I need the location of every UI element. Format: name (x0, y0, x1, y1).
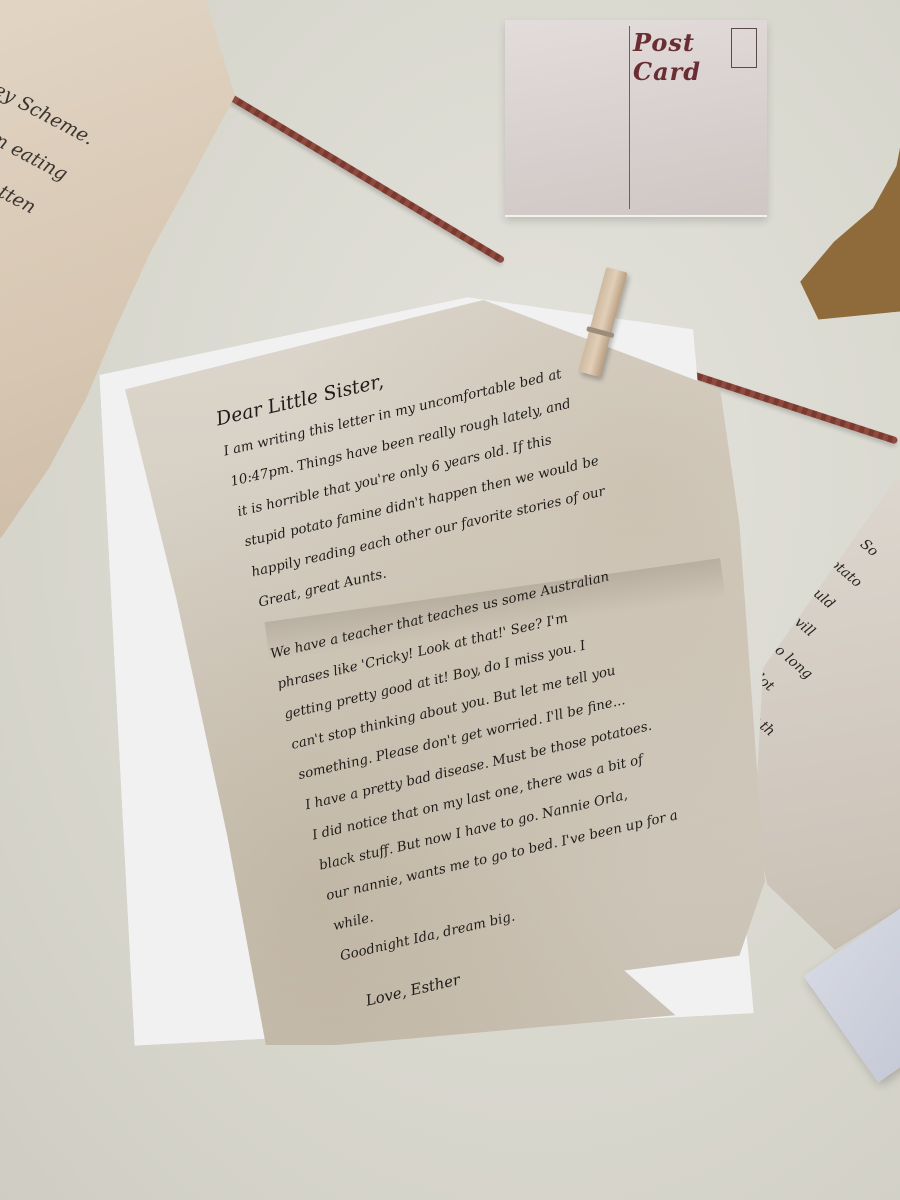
stamp-box (731, 28, 757, 68)
letter-handwriting: Dear Little Sister, I am writing this le… (213, 320, 725, 1020)
postcard: Post Card (505, 20, 767, 217)
clothespin-spring (586, 326, 614, 338)
postcard-divider (629, 26, 630, 209)
main-letter: Dear Little Sister, I am writing this le… (115, 280, 780, 1050)
left-letter-text: ey Scheme. d. I am eating have not gotte… (0, 50, 103, 431)
photo-scene: ey Scheme. d. I am eating have not gotte… (0, 0, 900, 1200)
brown-paper-scrap (795, 120, 900, 330)
